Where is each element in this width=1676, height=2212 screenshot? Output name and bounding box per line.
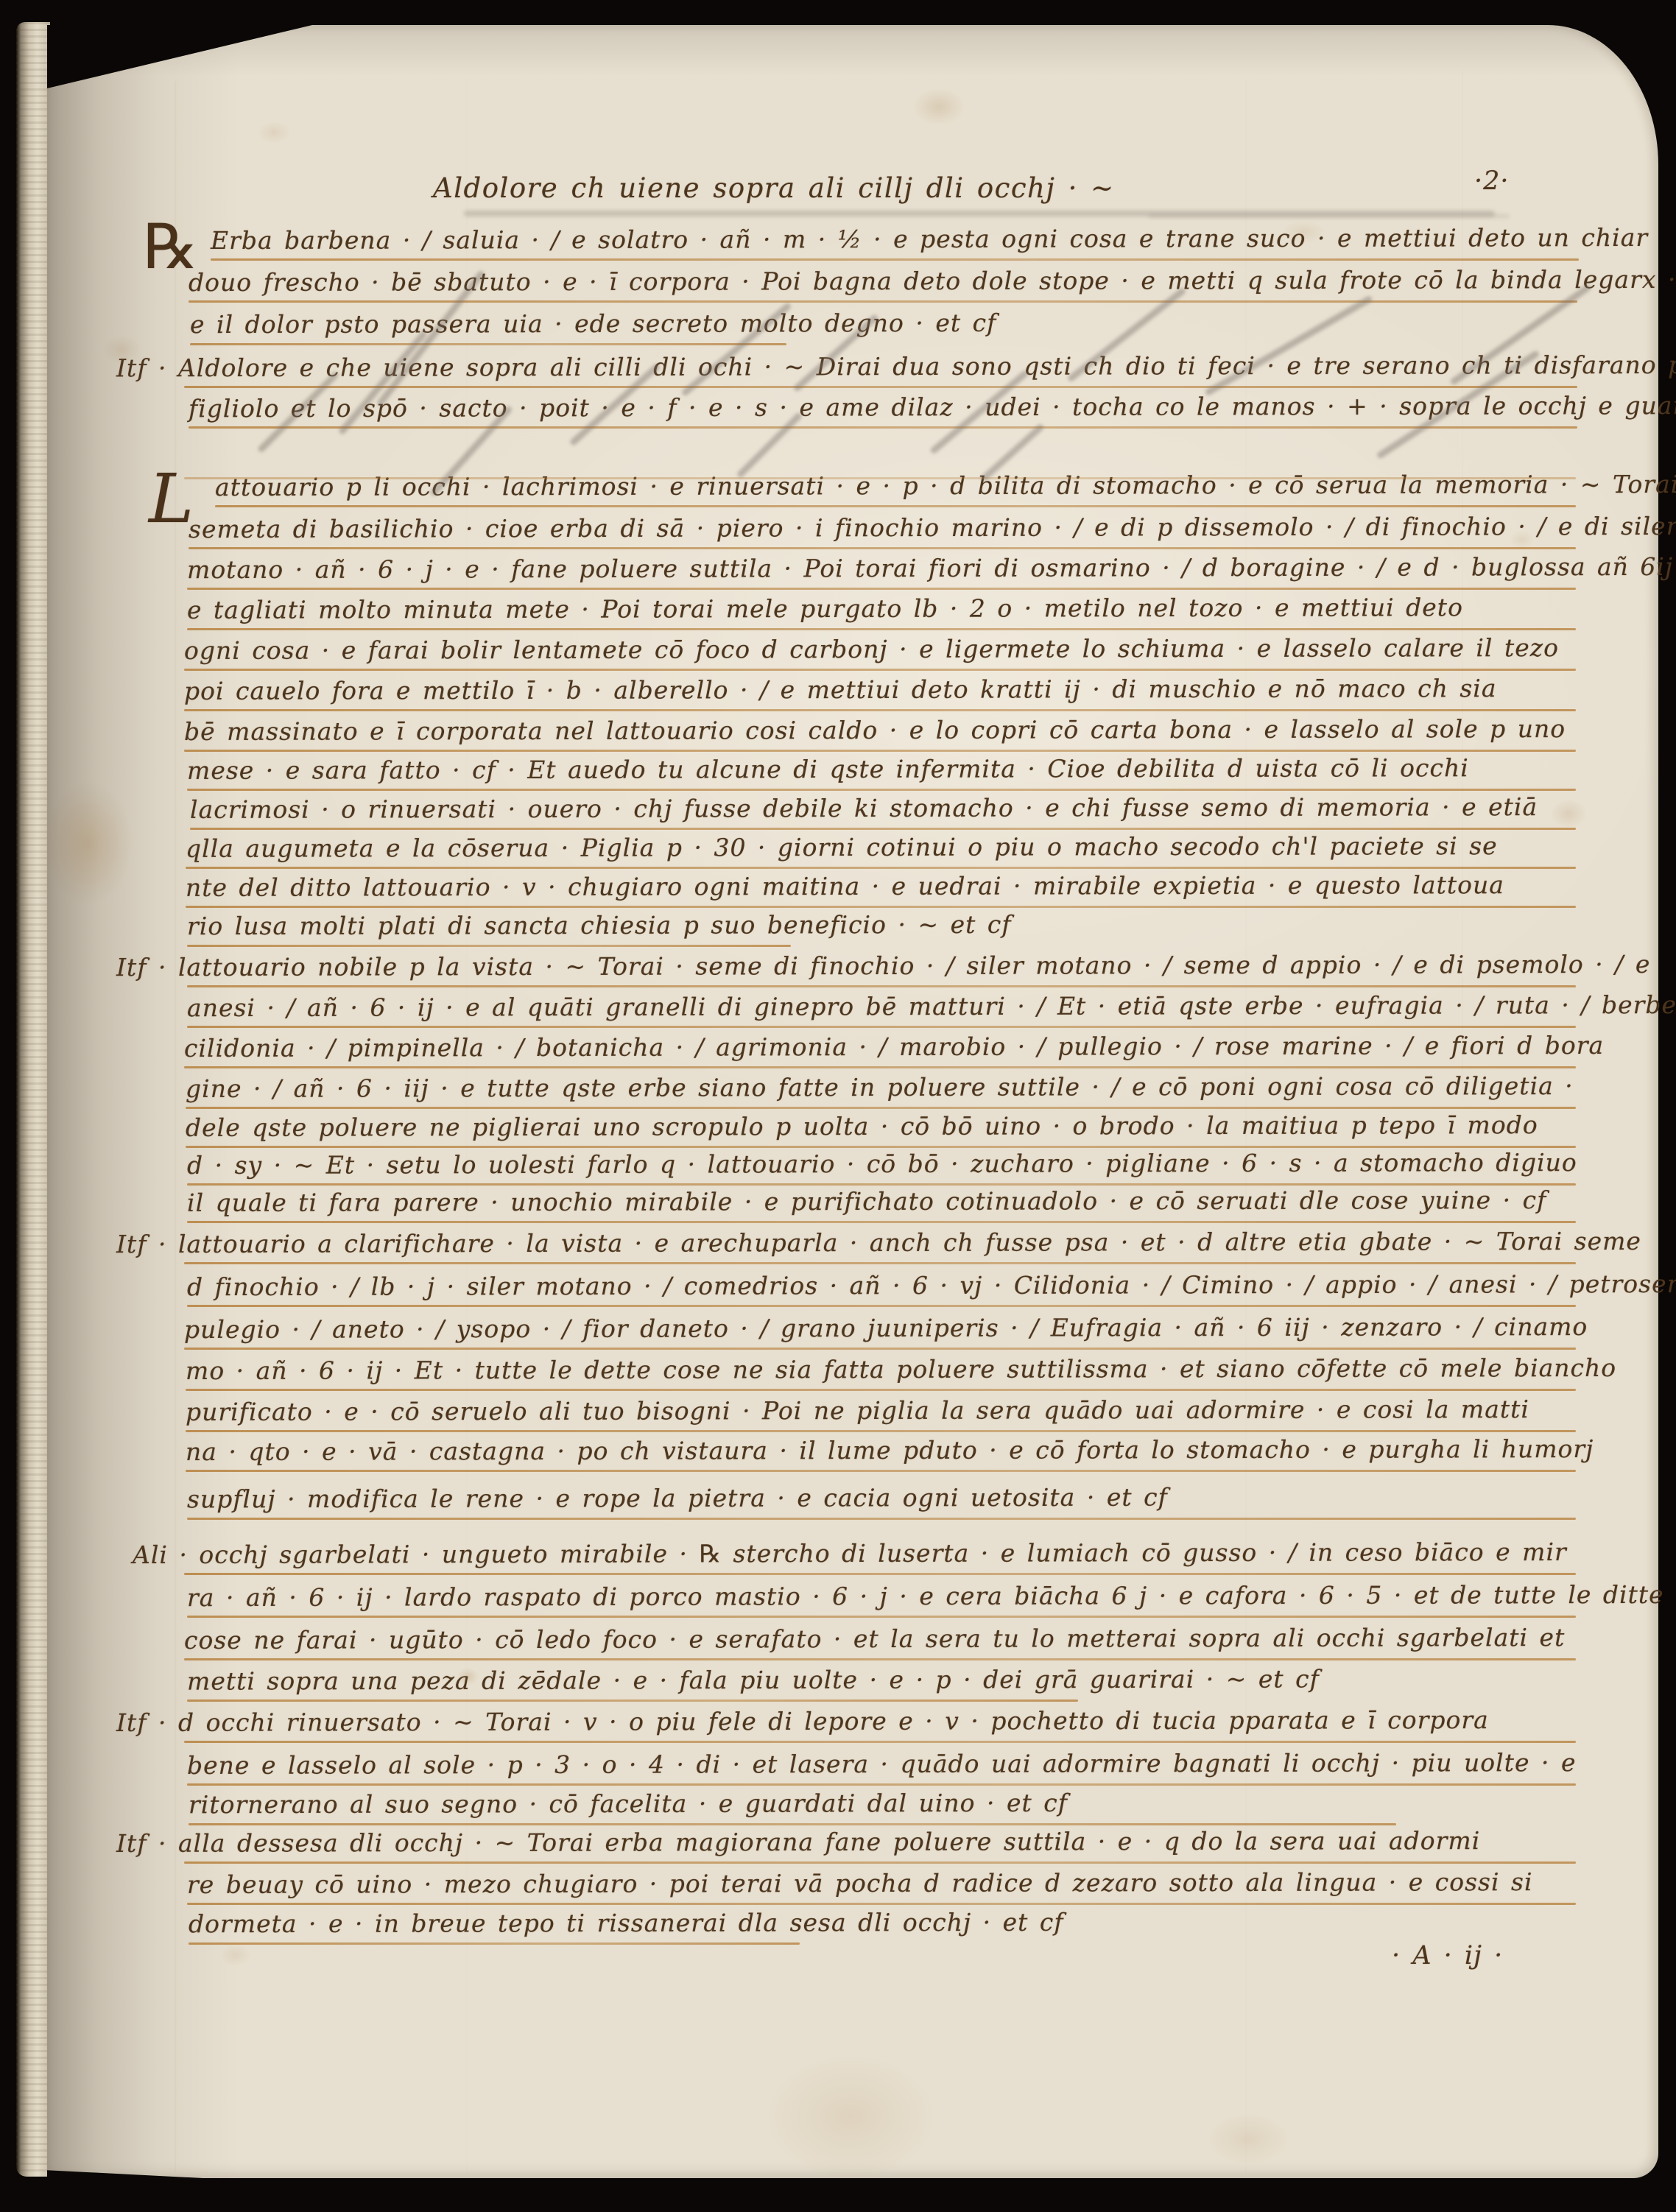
text-line-content: dele qste poluere ne piglierai uno scrop… [186,1110,1538,1143]
paper-crease [1462,70,1463,1101]
text-line-content: cose ne farai · ugūto · cō ledo foco · e… [184,1623,1565,1655]
ruling-line [187,945,791,947]
text-line-content: Itf · d occhi rinuersato · ~ Torai · v ·… [116,1705,1489,1738]
ruling-line [184,1573,1576,1575]
ruling-line [187,588,1576,590]
ruling-line [186,1470,1576,1472]
text-line: Itf · lattouario a clarifichare · la vis… [116,1228,1641,1258]
text-line-content: na · qto · e · vā · castagna · po ch vis… [186,1434,1594,1467]
text-line-content: ogni cosa · e farai bolir lentamete cō f… [184,633,1559,666]
text-line: Erba barbena · / saluia · / e solatro · … [211,225,1648,254]
text-line: Itf · lattouario nobile p la vista · ~ T… [116,951,1650,981]
text-line-content: mese · e sara fatto · cf · Et auedo tu a… [187,753,1469,786]
text-line: anesi · / añ · 6 · ij · e al quāti grane… [187,992,1676,1021]
ruling-line [184,1348,1576,1350]
photograph-background: { "page": { "title": "Aldolore ch uiene … [0,0,1676,2212]
text-line-content: motano · añ · 6 · j · e · fane poluere s… [187,552,1673,585]
text-line: bene e lasselo al sole · p · 3 · o · 4 ·… [187,1750,1576,1779]
text-line-content: e il dolor psto passera uia · ede secret… [190,309,996,339]
text-line-content: ritornerano al suo segno · cō facelita ·… [189,1789,1068,1820]
ruling-line [184,1861,1576,1864]
ruling-line [186,1146,1576,1148]
ruling-line [211,258,1579,261]
text-line: d · sy · ~ Et · setu lo uolesti farlo q … [187,1149,1577,1179]
text-line: Itf · Aldolore e che uiene sopra ali cil… [116,352,1676,381]
text-line: nte del ditto lattouario · v · chugiaro … [186,872,1504,901]
text-line-content: Itf · Aldolore e che uiene sopra ali cil… [116,351,1676,384]
ink-smear [1149,214,1510,218]
ruling-line [190,828,1576,830]
ruling-line [189,1942,800,1945]
folio-number: ·2· [1474,166,1510,196]
text-line-content: re beuay cō uino · mezo chugiaro · poi t… [187,1867,1533,1900]
text-line: d finochio · / lb · j · siler motano · /… [187,1271,1676,1300]
page-title: Aldolore ch uiene sopra ali cillj dli oc… [433,174,1115,203]
text-line: motano · añ · 6 · j · e · fane poluere s… [187,554,1673,583]
text-line: re beuay cō uino · mezo chugiaro · poi t… [187,1869,1532,1898]
text-line-content: d finochio · / lb · j · siler motano · /… [187,1269,1676,1302]
book-page-edges [16,22,50,2177]
ruling-line [184,1658,1576,1660]
text-line-content: d · sy · ~ Et · setu lo uolesti farlo q … [187,1148,1577,1180]
text-line-content: douo frescho · bē sbatuto · e · ī corpor… [189,265,1676,297]
text-line: cilidonia · / pimpinella · / botanicha ·… [184,1032,1604,1062]
text-line: douo frescho · bē sbatuto · e · ī corpor… [189,267,1676,296]
ruling-line [184,709,1576,711]
text-line: na · qto · e · vā · castagna · po ch vis… [186,1436,1594,1465]
ruling-line [184,669,1576,671]
text-line: dormeta · e · in breue tepo ti rissanera… [189,1909,1064,1938]
text-line: semeta di basilichio · cioe erba di sā ·… [189,513,1676,543]
text-line-content: ra · añ · 6 · ij · lardo raspato di porc… [187,1580,1664,1613]
ruling-line [187,1699,1078,1702]
ruling-line [187,1221,1576,1223]
text-line-content: anesi · / añ · 6 · ij · e al quāti grane… [187,990,1676,1023]
text-line: Itf · alla dessesa dli occhj · ~ Torai e… [116,1828,1480,1857]
text-line-content: Ali · occhj sgarbelati · ungueto mirabil… [133,1538,1567,1570]
text-line: ogni cosa · e farai bolir lentamete cō f… [184,635,1559,664]
text-line: mo · añ · 6 · ij · Et · tutte le dette c… [186,1355,1616,1384]
ruling-line [187,1183,1576,1186]
text-line: gine · / añ · 6 · iij · e tutte qste erb… [186,1073,1574,1102]
paper-crease [175,81,176,2172]
text-line-content: qlla augumeta e la cōserua · Piglia p · … [186,831,1498,864]
ruling-line [184,1262,1576,1264]
ruling-line [187,1783,1576,1786]
ruling-line [186,1389,1576,1391]
text-line: bē massinato e ī corporata nel lattouari… [184,716,1566,745]
text-line-content: pulegio · / aneto · / ysopo · / fior dan… [184,1312,1588,1345]
ruling-line [187,1026,1576,1028]
ruling-line [186,1107,1576,1109]
quire-signature: · A · ij · [1392,1941,1503,1970]
text-line-content: Itf · lattouario a clarifichare · la vis… [116,1227,1641,1259]
ruling-line [189,1823,1396,1825]
ruling-line-blank [184,477,1576,479]
text-line: purificato · e · cō seruelo ali tuo biso… [186,1396,1529,1426]
text-line-content: rio lusa molti plati di sancta chiesia p… [187,910,1012,941]
text-line: pulegio · / aneto · / ysopo · / fior dan… [184,1314,1588,1343]
text-line: mese · e sara fatto · cf · Et auedo tu a… [187,755,1469,784]
paper-crease [1245,81,1247,2172]
text-line-content: cilidonia · / pimpinella · / botanicha ·… [184,1031,1604,1063]
text-line: supfluj · modifica le rene · e rope la p… [187,1484,1168,1513]
text-line: metti sopra una peza di zēdale · e · fal… [187,1666,1320,1695]
text-line-content: Itf · lattouario nobile p la vista · ~ T… [116,950,1650,982]
ruling-line [187,628,1576,630]
text-line-content: Erba barbena · / saluia · / e solatro · … [211,223,1648,256]
lattouario-initial: L [149,459,194,538]
text-line: Ali · occhj sgarbelati · ungueto mirabil… [133,1539,1567,1568]
text-line: il quale ti fara parere · unochio mirabi… [187,1187,1546,1216]
text-line: qlla augumeta e la cōserua · Piglia p · … [186,833,1498,862]
ruling-line [215,505,1576,507]
text-line-content: bē massinato e ī corporata nel lattouari… [184,714,1566,747]
paper-crease [466,81,468,2172]
ruling-line [186,1430,1576,1432]
ruling-line [187,985,1576,987]
text-line: ra · añ · 6 · ij · lardo raspato di porc… [187,1582,1664,1611]
ruling-line [190,343,786,345]
ruling-line [187,1305,1576,1307]
text-line: Itf · d occhi rinuersato · ~ Torai · v ·… [116,1707,1489,1736]
text-line-content: nte del ditto lattouario · v · chugiaro … [186,870,1504,903]
text-line-content: mo · añ · 6 · ij · Et · tutte le dette c… [186,1353,1616,1386]
text-line-content: dormeta · e · in breue tepo ti rissanera… [189,1908,1064,1939]
ruling-line [187,789,1576,791]
text-line-content: metti sopra una peza di zēdale · e · fal… [187,1664,1320,1696]
ruling-line [187,1903,1576,1905]
text-line-content: poi cauelo fora e mettilo ī · b · albere… [184,674,1497,706]
ruling-line [184,1741,1576,1743]
text-line: e tagliati molto minuta mete · Poi torai… [187,594,1463,624]
ruling-line [186,867,1576,869]
text-line-content: purificato · e · cō seruelo ali tuo biso… [186,1395,1529,1427]
text-line-content: il quale ti fara parere · unochio mirabi… [187,1186,1546,1218]
ruling-line [189,426,1577,429]
text-line: rio lusa molti plati di sancta chiesia p… [187,911,1012,940]
text-line: e il dolor psto passera uia · ede secret… [190,309,996,339]
recipe-initial: ℞ [143,211,198,283]
text-line-content: semeta di basilichio · cioe erba di sā ·… [189,512,1676,544]
text-line-content: Itf · alla dessesa dli occhj · ~ Torai e… [116,1826,1480,1859]
text-line: poi cauelo fora e mettilo ī · b · albere… [184,675,1496,705]
page-title-text: Aldolore ch uiene sopra ali cillj dli oc… [433,172,1115,204]
text-line: dele qste poluere ne piglierai uno scrop… [186,1112,1538,1141]
ruling-line [187,1518,1576,1520]
text-line-content: bene e lasselo al sole · p · 3 · o · 4 ·… [187,1748,1577,1780]
ruling-line [187,1616,1576,1618]
text-line-content: gine · / añ · 6 · iij · e tutte qste erb… [186,1071,1574,1104]
text-line: cose ne farai · ugūto · cō ledo foco · e… [184,1624,1565,1654]
text-line: lacrimosi · o rinuersati · ouero · chj f… [190,794,1538,823]
text-line: ritornerano al suo segno · cō facelita ·… [189,1789,1068,1819]
text-line-content: lacrimosi · o rinuersati · ouero · chj f… [190,792,1538,825]
ruling-line [189,547,1576,549]
ruling-line [184,750,1576,752]
ruling-line [184,1066,1576,1068]
text-line-content: e tagliati molto minuta mete · Poi torai… [187,593,1463,625]
text-line-content: supfluj · modifica le rene · e rope la p… [187,1483,1168,1515]
ruling-line [186,906,1576,908]
